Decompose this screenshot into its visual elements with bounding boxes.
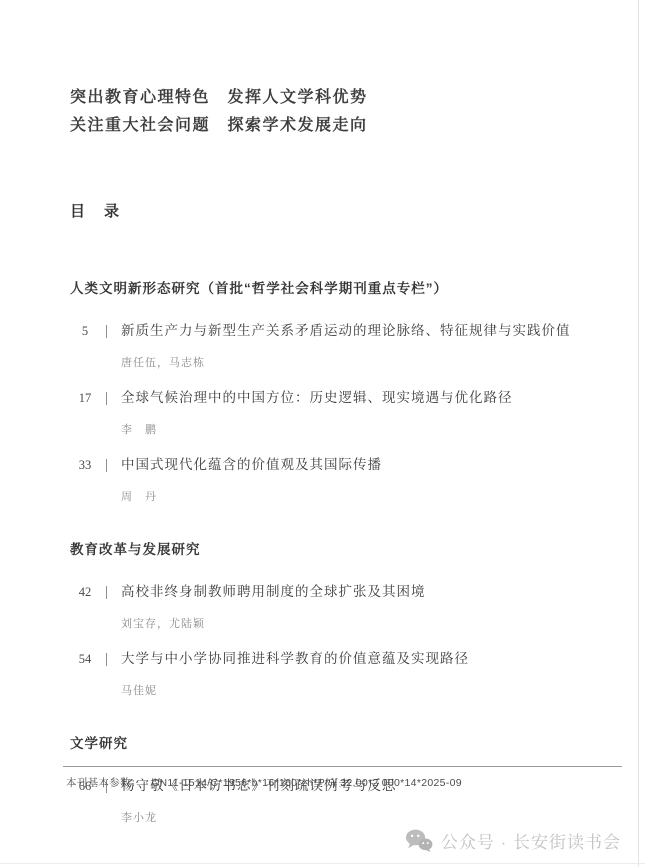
footer-values: CN11-1514/C*1956*b*16*160*zh*P*￥32.00*2 … [152,777,462,789]
page-edge-shadow [638,0,639,866]
article-title: 中国式现代化蕴含的价值观及其国际传播 [121,457,605,473]
section-heading: 人类文明新形态研究（首批“哲学社会科学期刊重点专栏”） [70,277,605,297]
section-heading: 文学研究 [70,732,605,752]
page-number: 54 [70,651,100,667]
section-entries: 42 高校非终身制教师聘用制度的全球扩张及其困境 刘宝存，尤陆颖 54 大学与中… [70,584,605,698]
divider-bar [106,586,107,599]
divider-bar [106,325,107,338]
toc-entry: 17 全球气候治理中的中国方位：历史逻辑、现实境遇与优化路径 李 鹏 [70,390,605,437]
page-number: 42 [70,584,100,600]
page-number: 5 [70,323,100,339]
slogan-line-1: 突出教育心理特色 发挥人文学科优势 [70,84,645,112]
toc-entry: 54 大学与中小学协同推进科学教育的价值意蕴及实现路径 马佳妮 [70,651,605,698]
toc-entry: 5 新质生产力与新型生产关系矛盾运动的理论脉络、特征规律与实践价值 唐任伍，马志… [70,323,605,370]
wechat-icon [405,829,433,852]
divider-bar [106,392,107,405]
journal-basic-parameters: 本刊基本参数：CN11-1514/C*1956*b*16*160*zh*P*￥3… [66,775,462,790]
article-title: 新质生产力与新型生产关系矛盾运动的理论脉络、特征规律与实践价值 [121,323,605,339]
footer-rule [63,766,622,767]
section-education-reform: 教育改革与发展研究 42 高校非终身制教师聘用制度的全球扩张及其困境 刘宝存，尤… [70,538,605,698]
page-number: 17 [70,390,100,406]
article-title: 高校非终身制教师聘用制度的全球扩张及其困境 [121,584,605,600]
footer-label: 本刊基本参数： [66,777,142,789]
article-title: 全球气候治理中的中国方位：历史逻辑、现实境遇与优化路径 [121,390,605,406]
section-human-civilization: 人类文明新形态研究（首批“哲学社会科学期刊重点专栏”） 5 新质生产力与新型生产… [70,277,605,504]
table-of-contents: 人类文明新形态研究（首批“哲学社会科学期刊重点专栏”） 5 新质生产力与新型生产… [70,277,605,825]
article-authors: 周 丹 [121,488,605,504]
section-heading: 教育改革与发展研究 [70,538,605,558]
page-number: 33 [70,457,100,473]
page-bottom-shadow [0,863,645,864]
divider-bar [106,459,107,472]
journal-slogans: 突出教育心理特色 发挥人文学科优势 关注重大社会问题 探索学术发展走向 [70,84,645,140]
toc-heading: 目 录 [70,200,645,221]
article-title: 大学与中小学协同推进科学教育的价值意蕴及实现路径 [121,651,605,667]
wechat-watermark: 公众号 · 长安街读书会 [405,828,621,853]
slogan-line-2: 关注重大社会问题 探索学术发展走向 [70,112,645,140]
article-authors: 李 鹏 [121,421,605,437]
article-authors: 马佳妮 [121,682,605,698]
divider-bar [106,653,107,666]
section-entries: 5 新质生产力与新型生产关系矛盾运动的理论脉络、特征规律与实践价值 唐任伍，马志… [70,323,605,504]
toc-entry: 33 中国式现代化蕴含的价值观及其国际传播 周 丹 [70,457,605,504]
article-authors: 李小龙 [121,809,605,825]
toc-entry: 42 高校非终身制教师聘用制度的全球扩张及其困境 刘宝存，尤陆颖 [70,584,605,631]
article-authors: 唐任伍，马志栋 [121,354,605,370]
article-authors: 刘宝存，尤陆颖 [121,615,605,631]
watermark-text: 公众号 · 长安街读书会 [441,828,621,853]
